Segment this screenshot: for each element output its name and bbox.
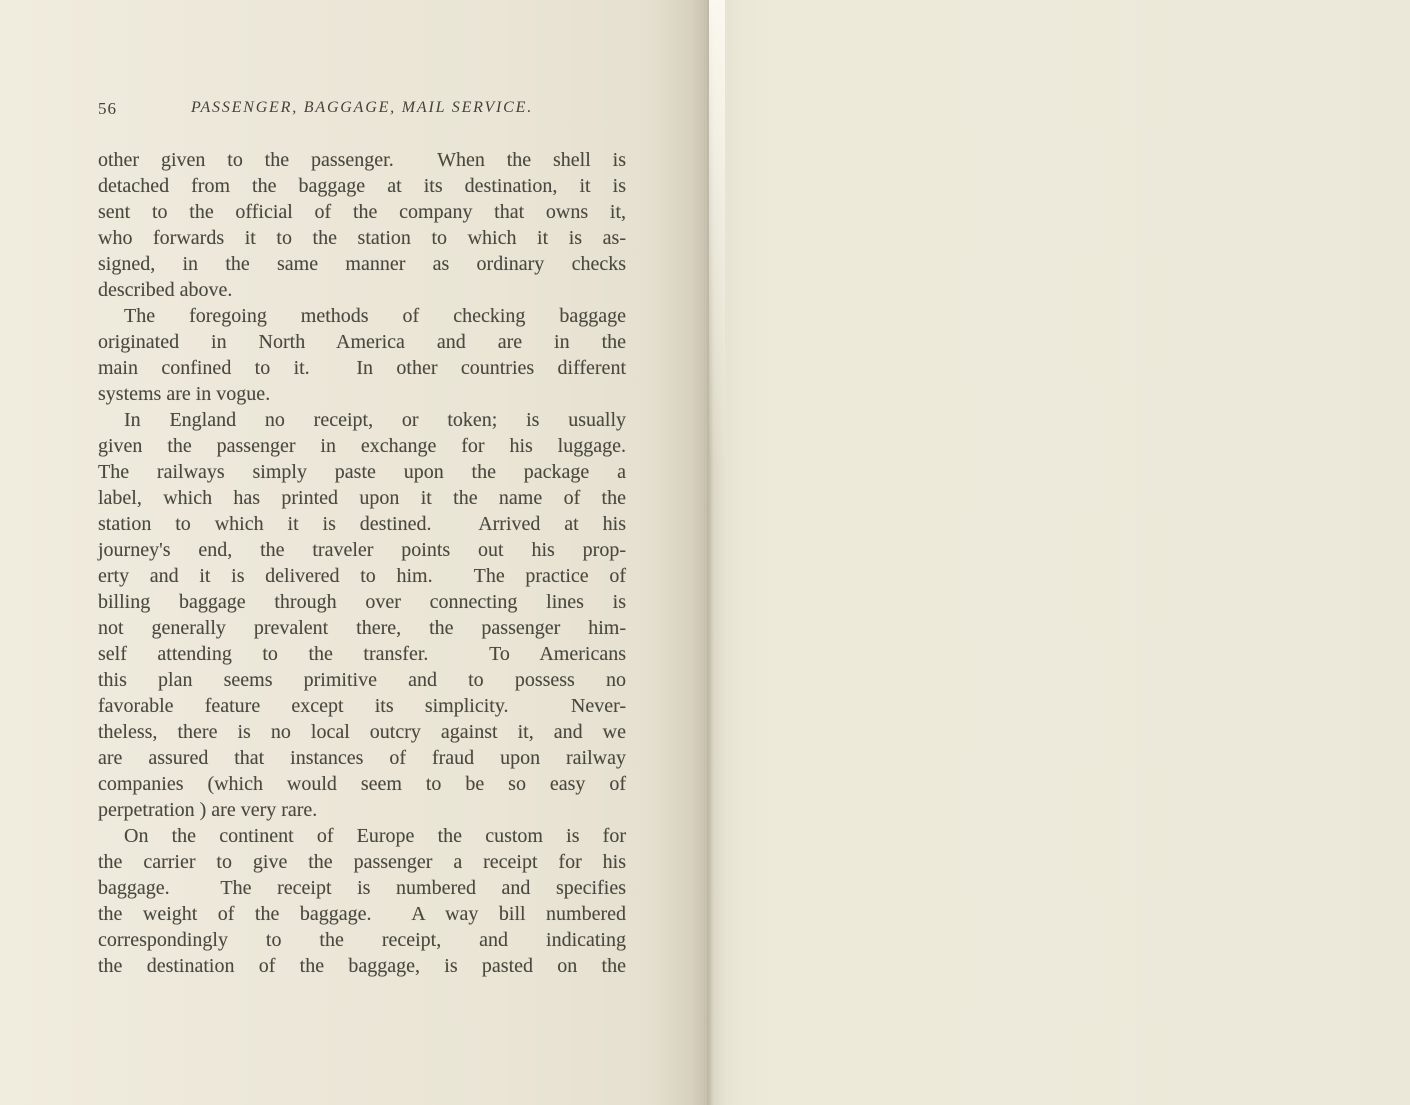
left-page-body: other given to the passenger. When the s… bbox=[98, 147, 626, 979]
text-line: not generally prevalent there, the passe… bbox=[98, 615, 626, 641]
text-line: baggage. The receipt is numbered and spe… bbox=[98, 875, 626, 901]
left-page-number: 56 bbox=[98, 99, 117, 119]
text-line: theless, there is no local outcry agains… bbox=[98, 719, 626, 745]
text-line: described above. bbox=[98, 277, 626, 303]
left-page: 56 PASSENGER, BAGGAGE, MAIL SERVICE. oth… bbox=[0, 0, 705, 1105]
text-line: sent to the official of the company that… bbox=[98, 199, 626, 225]
text-line: perpetration ) are very rare. bbox=[98, 797, 626, 823]
text-line: systems are in vogue. bbox=[98, 381, 626, 407]
text-line: other given to the passenger. When the s… bbox=[98, 147, 626, 173]
text-line: signed, in the same manner as ordinary c… bbox=[98, 251, 626, 277]
text-line: station to which it is destined. Arrived… bbox=[98, 511, 626, 537]
text-line: erty and it is delivered to him. The pra… bbox=[98, 563, 626, 589]
text-line: billing baggage through over connecting … bbox=[98, 589, 626, 615]
text-line: correspondingly to the receipt, and indi… bbox=[98, 927, 626, 953]
text-line: given the passenger in exchange for his … bbox=[98, 433, 626, 459]
left-page-header: 56 PASSENGER, BAGGAGE, MAIL SERVICE. bbox=[98, 99, 626, 119]
text-line: the weight of the baggage. A way bill nu… bbox=[98, 901, 626, 927]
text-line: journey's end, the traveler points out h… bbox=[98, 537, 626, 563]
text-line: this plan seems primitive and to possess… bbox=[98, 667, 626, 693]
left-text-block: 56 PASSENGER, BAGGAGE, MAIL SERVICE. oth… bbox=[98, 99, 626, 979]
text-line: are assured that instances of fraud upon… bbox=[98, 745, 626, 771]
text-line: On the continent of Europe the custom is… bbox=[98, 823, 626, 849]
text-line: who forwards it to the station to which … bbox=[98, 225, 626, 251]
text-line: label, which has printed upon it the nam… bbox=[98, 485, 626, 511]
right-page: THE BAGGAGE TRAFFIC. 57 package. Another… bbox=[705, 0, 1410, 1105]
text-line: In England no receipt, or token; is usua… bbox=[98, 407, 626, 433]
text-line: companies (which would seem to be so eas… bbox=[98, 771, 626, 797]
text-line: detached from the baggage at its destina… bbox=[98, 173, 626, 199]
text-line: main confined to it. In other countries … bbox=[98, 355, 626, 381]
text-line: the carrier to give the passenger a rece… bbox=[98, 849, 626, 875]
text-line: originated in North America and are in t… bbox=[98, 329, 626, 355]
text-line: The foregoing methods of checking baggag… bbox=[98, 303, 626, 329]
text-line: favorable feature except its simplicity.… bbox=[98, 693, 626, 719]
text-line: The railways simply paste upon the packa… bbox=[98, 459, 626, 485]
text-line: the destination of the baggage, is paste… bbox=[98, 953, 626, 979]
left-running-head: PASSENGER, BAGGAGE, MAIL SERVICE. bbox=[191, 99, 533, 116]
text-line: self attending to the transfer. To Ameri… bbox=[98, 641, 626, 667]
